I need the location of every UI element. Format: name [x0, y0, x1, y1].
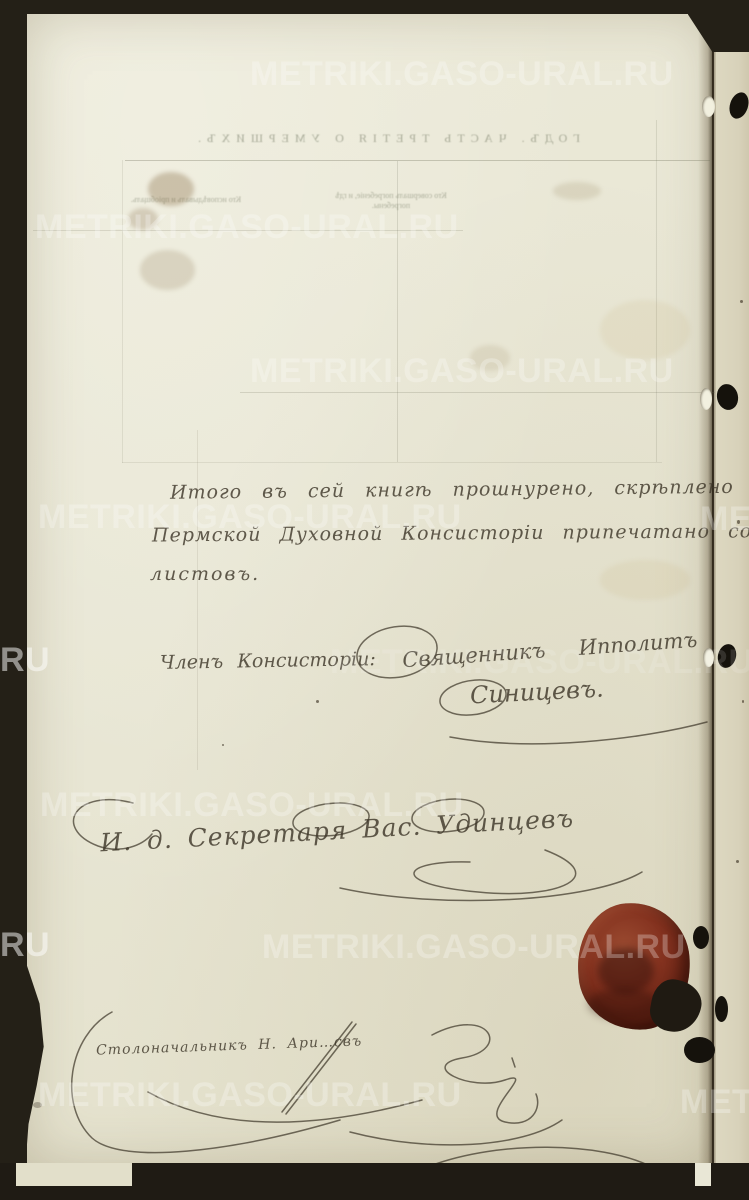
- page-bottom-tab: [16, 1163, 132, 1186]
- binding-notch: [702, 96, 715, 117]
- wax-seal-shading: [588, 988, 660, 1020]
- watermark-text: METRIKI.GASO-URAL.RU: [38, 498, 462, 537]
- bleedthrough-rule: [125, 160, 710, 161]
- watermark-text: METRIKI.GASO-URAL.RU: [38, 1076, 462, 1115]
- ink-dot: [222, 744, 224, 746]
- foxing-spot: [600, 560, 690, 600]
- bleedthrough-column-line: [122, 160, 123, 463]
- foxing-spot: [600, 300, 690, 360]
- smudge: [553, 182, 601, 200]
- archival-scan-viewport: ГОДЪ. ЧАСТЬ ТРЕТІЯ О УМЕРШИХЪ. Кто испов…: [0, 0, 749, 1200]
- certification-line-3: листовъ.: [150, 563, 260, 585]
- watermark-fragment: RU: [0, 641, 50, 680]
- binding-fold-shadow: [698, 14, 716, 1164]
- binding-hole: [715, 996, 728, 1022]
- watermark-text: METRIKI.GASO-URAL.RU: [250, 352, 674, 391]
- watermark-text: METRIKI.GASO-URAL.RU: [35, 208, 459, 247]
- watermark-fragment: RU: [0, 926, 50, 965]
- ink-stain: [148, 172, 194, 206]
- bleedthrough-column-line: [656, 120, 657, 462]
- ink-stain: [140, 250, 195, 290]
- binding-hole: [693, 926, 709, 949]
- watermark-text: METRIKI.GASO-URAL.RU: [680, 1083, 749, 1122]
- edge-speck: [736, 860, 739, 863]
- watermark-text: METRIKI.GASO-URAL.RU: [40, 786, 464, 825]
- watermark-text: METRIKI.GASO-URAL.RU: [700, 500, 749, 539]
- watermark-text: METRIKI.GASO-URAL.RU: [330, 643, 749, 682]
- watermark-text: METRIKI.GASO-URAL.RU: [262, 928, 686, 967]
- bleedthrough-rule: [240, 392, 715, 393]
- scan-background-top: [0, 0, 749, 14]
- page-bottom-tab: [695, 1163, 711, 1186]
- watermark-text: METRIKI.GASO-URAL.RU: [250, 55, 674, 94]
- edge-speck: [742, 700, 744, 703]
- bleedthrough-rule: [122, 462, 662, 463]
- bleedthrough-title-mirrored: ГОДЪ. ЧАСТЬ ТРЕТІЯ О УМЕРШИХЪ.: [185, 131, 587, 146]
- edge-speck: [740, 300, 743, 303]
- ink-dot: [316, 700, 319, 703]
- bleedthrough-column-line: [397, 161, 398, 462]
- binding-hole: [684, 1037, 715, 1063]
- binding-notch: [700, 388, 712, 410]
